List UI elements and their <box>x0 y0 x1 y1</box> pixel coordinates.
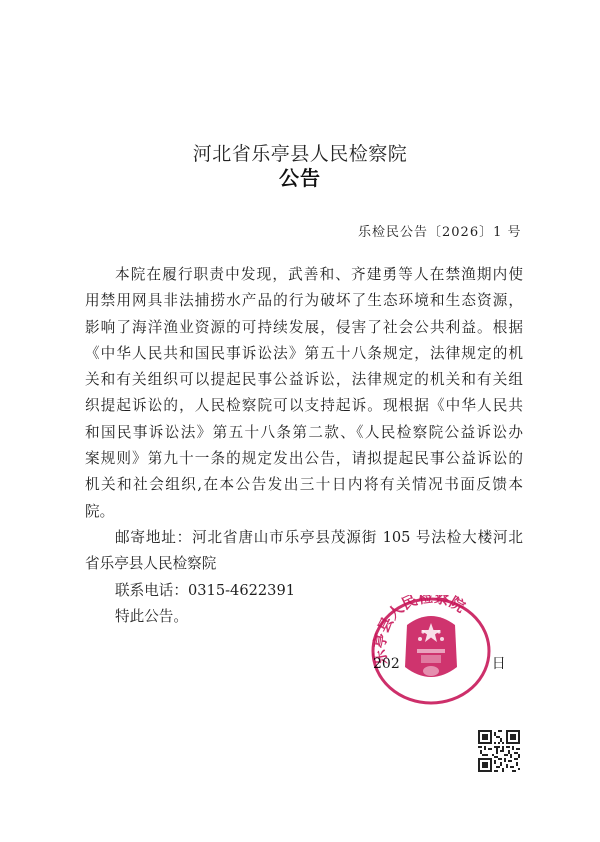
qr-code-icon <box>478 730 520 772</box>
body-line: 案规则》第九十一条的规定发出公告，请拟提起民事公益诉讼的 <box>85 446 523 472</box>
address-line: 邮寄地址：河北省唐山市乐亭县茂源街 105 号法检大楼河北 <box>85 525 523 551</box>
organization-title: 河北省乐亭县人民检察院 <box>0 143 600 165</box>
qr-code <box>478 730 520 772</box>
body-line: 《中华人民共和国民事诉讼法》第五十八条规定，法律规定的机 <box>85 341 523 367</box>
body-line: 机关和社会组织,在本公告发出三十日内将有关情况书面反馈本 <box>85 472 523 498</box>
official-seal-stamp: 乐亭县人民检察院 <box>367 595 495 705</box>
body-line: 用禁用网具非法捕捞水产品的行为破坏了生态环境和生态资源， <box>85 288 523 314</box>
announcement-body: 本院在履行职责中发现，武善和、齐建勇等人在禁渔期内使 用禁用网具非法捕捞水产品的… <box>85 262 523 630</box>
body-line: 关和有关组织可以提起民事公益诉讼，法律规定的机关和有关组 <box>85 367 523 393</box>
body-line: 和国民事诉讼法》第五十八条第二款、《人民检察院公益诉讼办 <box>85 420 523 446</box>
document-page: 河北省乐亭县人民检察院 公告 乐检民公告〔2026〕1 号 本院在履行职责中发现… <box>0 0 600 842</box>
date-partial: 202 <box>373 656 400 672</box>
body-line: 院。 <box>85 499 523 525</box>
address-line: 省乐亭县人民检察院 <box>85 551 523 577</box>
seal-icon: 乐亭县人民检察院 <box>367 595 495 705</box>
body-line: 本院在履行职责中发现，武善和、齐建勇等人在禁渔期内使 <box>85 262 523 288</box>
issue-date: 202日 <box>373 653 506 673</box>
body-line: 织提起诉讼的，人民检察院可以支持起诉。现根据《中华人民共 <box>85 393 523 419</box>
document-title: 公告 <box>0 166 600 190</box>
document-number: 乐检民公告〔2026〕1 号 <box>358 221 522 240</box>
date-suffix: 日 <box>492 656 506 672</box>
body-line: 影响了海洋渔业资源的可持续发展，侵害了社会公共利益。根据 <box>85 315 523 341</box>
